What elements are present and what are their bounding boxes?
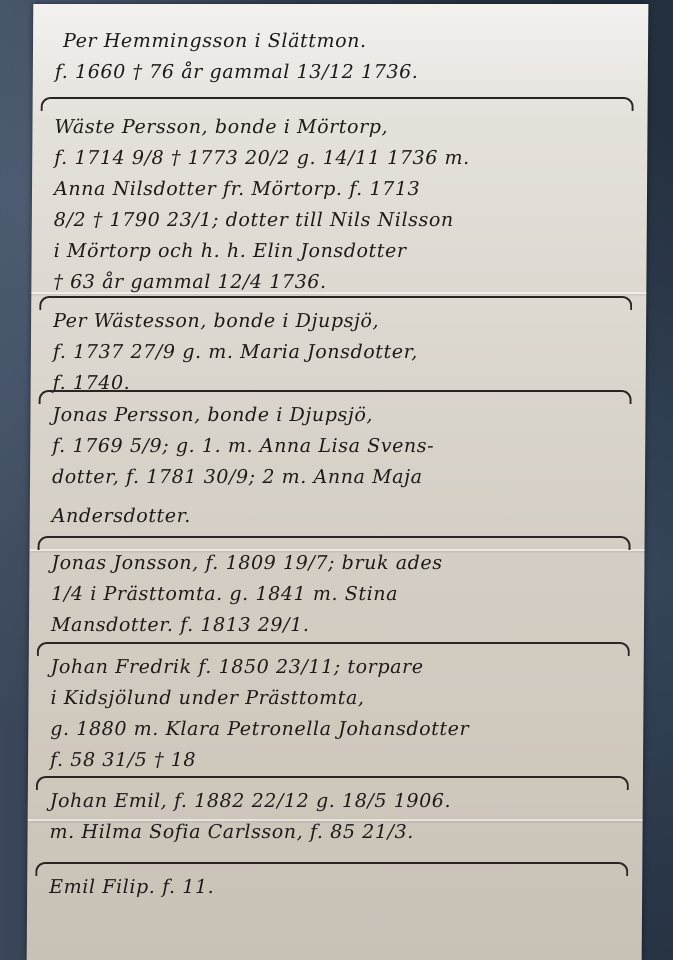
- entry-line: Mansdotter. f. 1813 29/1.: [51, 610, 626, 641]
- entry-line: Per Hemmingsson i Slättmon.: [55, 26, 630, 57]
- handwritten-paper-sheet: Per Hemmingsson i Slättmon. f. 1660 † 76…: [27, 4, 649, 960]
- genealogy-entry-jonas-jonsson: Jonas Jonsson, f. 1809 19/7; bruk ades 1…: [51, 548, 627, 641]
- entry-line: Per Wästesson, bonde i Djupsjö,: [53, 306, 628, 337]
- entry-line: Emil Filip. f. 11.: [49, 872, 624, 903]
- entry-line: Anna Nilsdotter fr. Mörtorp. f. 1713: [54, 174, 629, 205]
- entry-line: 1/4 i Prästtomta. g. 1841 m. Stina: [51, 579, 626, 610]
- entry-line: Jonas Jonsson, f. 1809 19/7; bruk ades: [51, 548, 626, 579]
- genealogy-entry-johan-fredrik: Johan Fredrik f. 1850 23/11; torpare i K…: [50, 652, 626, 776]
- entry-line: i Kidsjölund under Prästtomta,: [50, 683, 625, 714]
- entry-line: g. 1880 m. Klara Petronella Johansdotter: [50, 714, 625, 745]
- entry-separator-bracket: [41, 97, 634, 111]
- entry-line: Johan Fredrik f. 1850 23/11; torpare: [51, 652, 626, 683]
- genealogy-entry-per-hemmingsson: Per Hemmingsson i Slättmon. f. 1660 † 76…: [55, 26, 630, 88]
- entry-line: 8/2 † 1790 23/1; dotter till Nils Nilsso…: [54, 205, 629, 236]
- entry-line: m. Hilma Sofia Carlsson, f. 85 21/3.: [49, 817, 624, 848]
- entry-line: f. 58 31/5 † 18: [50, 745, 625, 776]
- entry-line: f. 1660 † 76 år gammal 13/12 1736.: [55, 57, 630, 88]
- genealogy-entry-per-wastesson: Per Wästesson, bonde i Djupsjö, f. 1737 …: [53, 306, 629, 399]
- entry-line: Johan Emil, f. 1882 22/12 g. 18/5 1906.: [50, 786, 625, 817]
- genealogy-entry-johan-emil: Johan Emil, f. 1882 22/12 g. 18/5 1906. …: [49, 786, 624, 848]
- genealogy-entry-jonas-persson: Jonas Persson, bonde i Djupsjö, f. 1769 …: [52, 400, 628, 532]
- entry-line: dotter, f. 1781 30/9; 2 m. Anna Maja: [52, 462, 627, 493]
- entry-line: f. 1737 27/9 g. m. Maria Jonsdotter,: [53, 337, 628, 368]
- entry-line: Andersdotter.: [52, 501, 627, 532]
- genealogy-entry-waste-persson: Wäste Persson, bonde i Mörtorp, f. 1714 …: [53, 112, 629, 298]
- genealogy-entry-emil-filip: Emil Filip. f. 11.: [49, 872, 624, 903]
- entry-line: f. 1714 9/8 † 1773 20/2 g. 14/11 1736 m.: [54, 143, 629, 174]
- entry-line: Jonas Persson, bonde i Djupsjö,: [52, 400, 627, 431]
- entry-line: † 63 år gammal 12/4 1736.: [53, 267, 628, 298]
- entry-line: f. 1769 5/9; g. 1. m. Anna Lisa Svens-: [52, 431, 627, 462]
- entry-line: Wäste Persson, bonde i Mörtorp,: [54, 112, 629, 143]
- entry-line: i Mörtorp och h. h. Elin Jonsdotter: [54, 236, 629, 267]
